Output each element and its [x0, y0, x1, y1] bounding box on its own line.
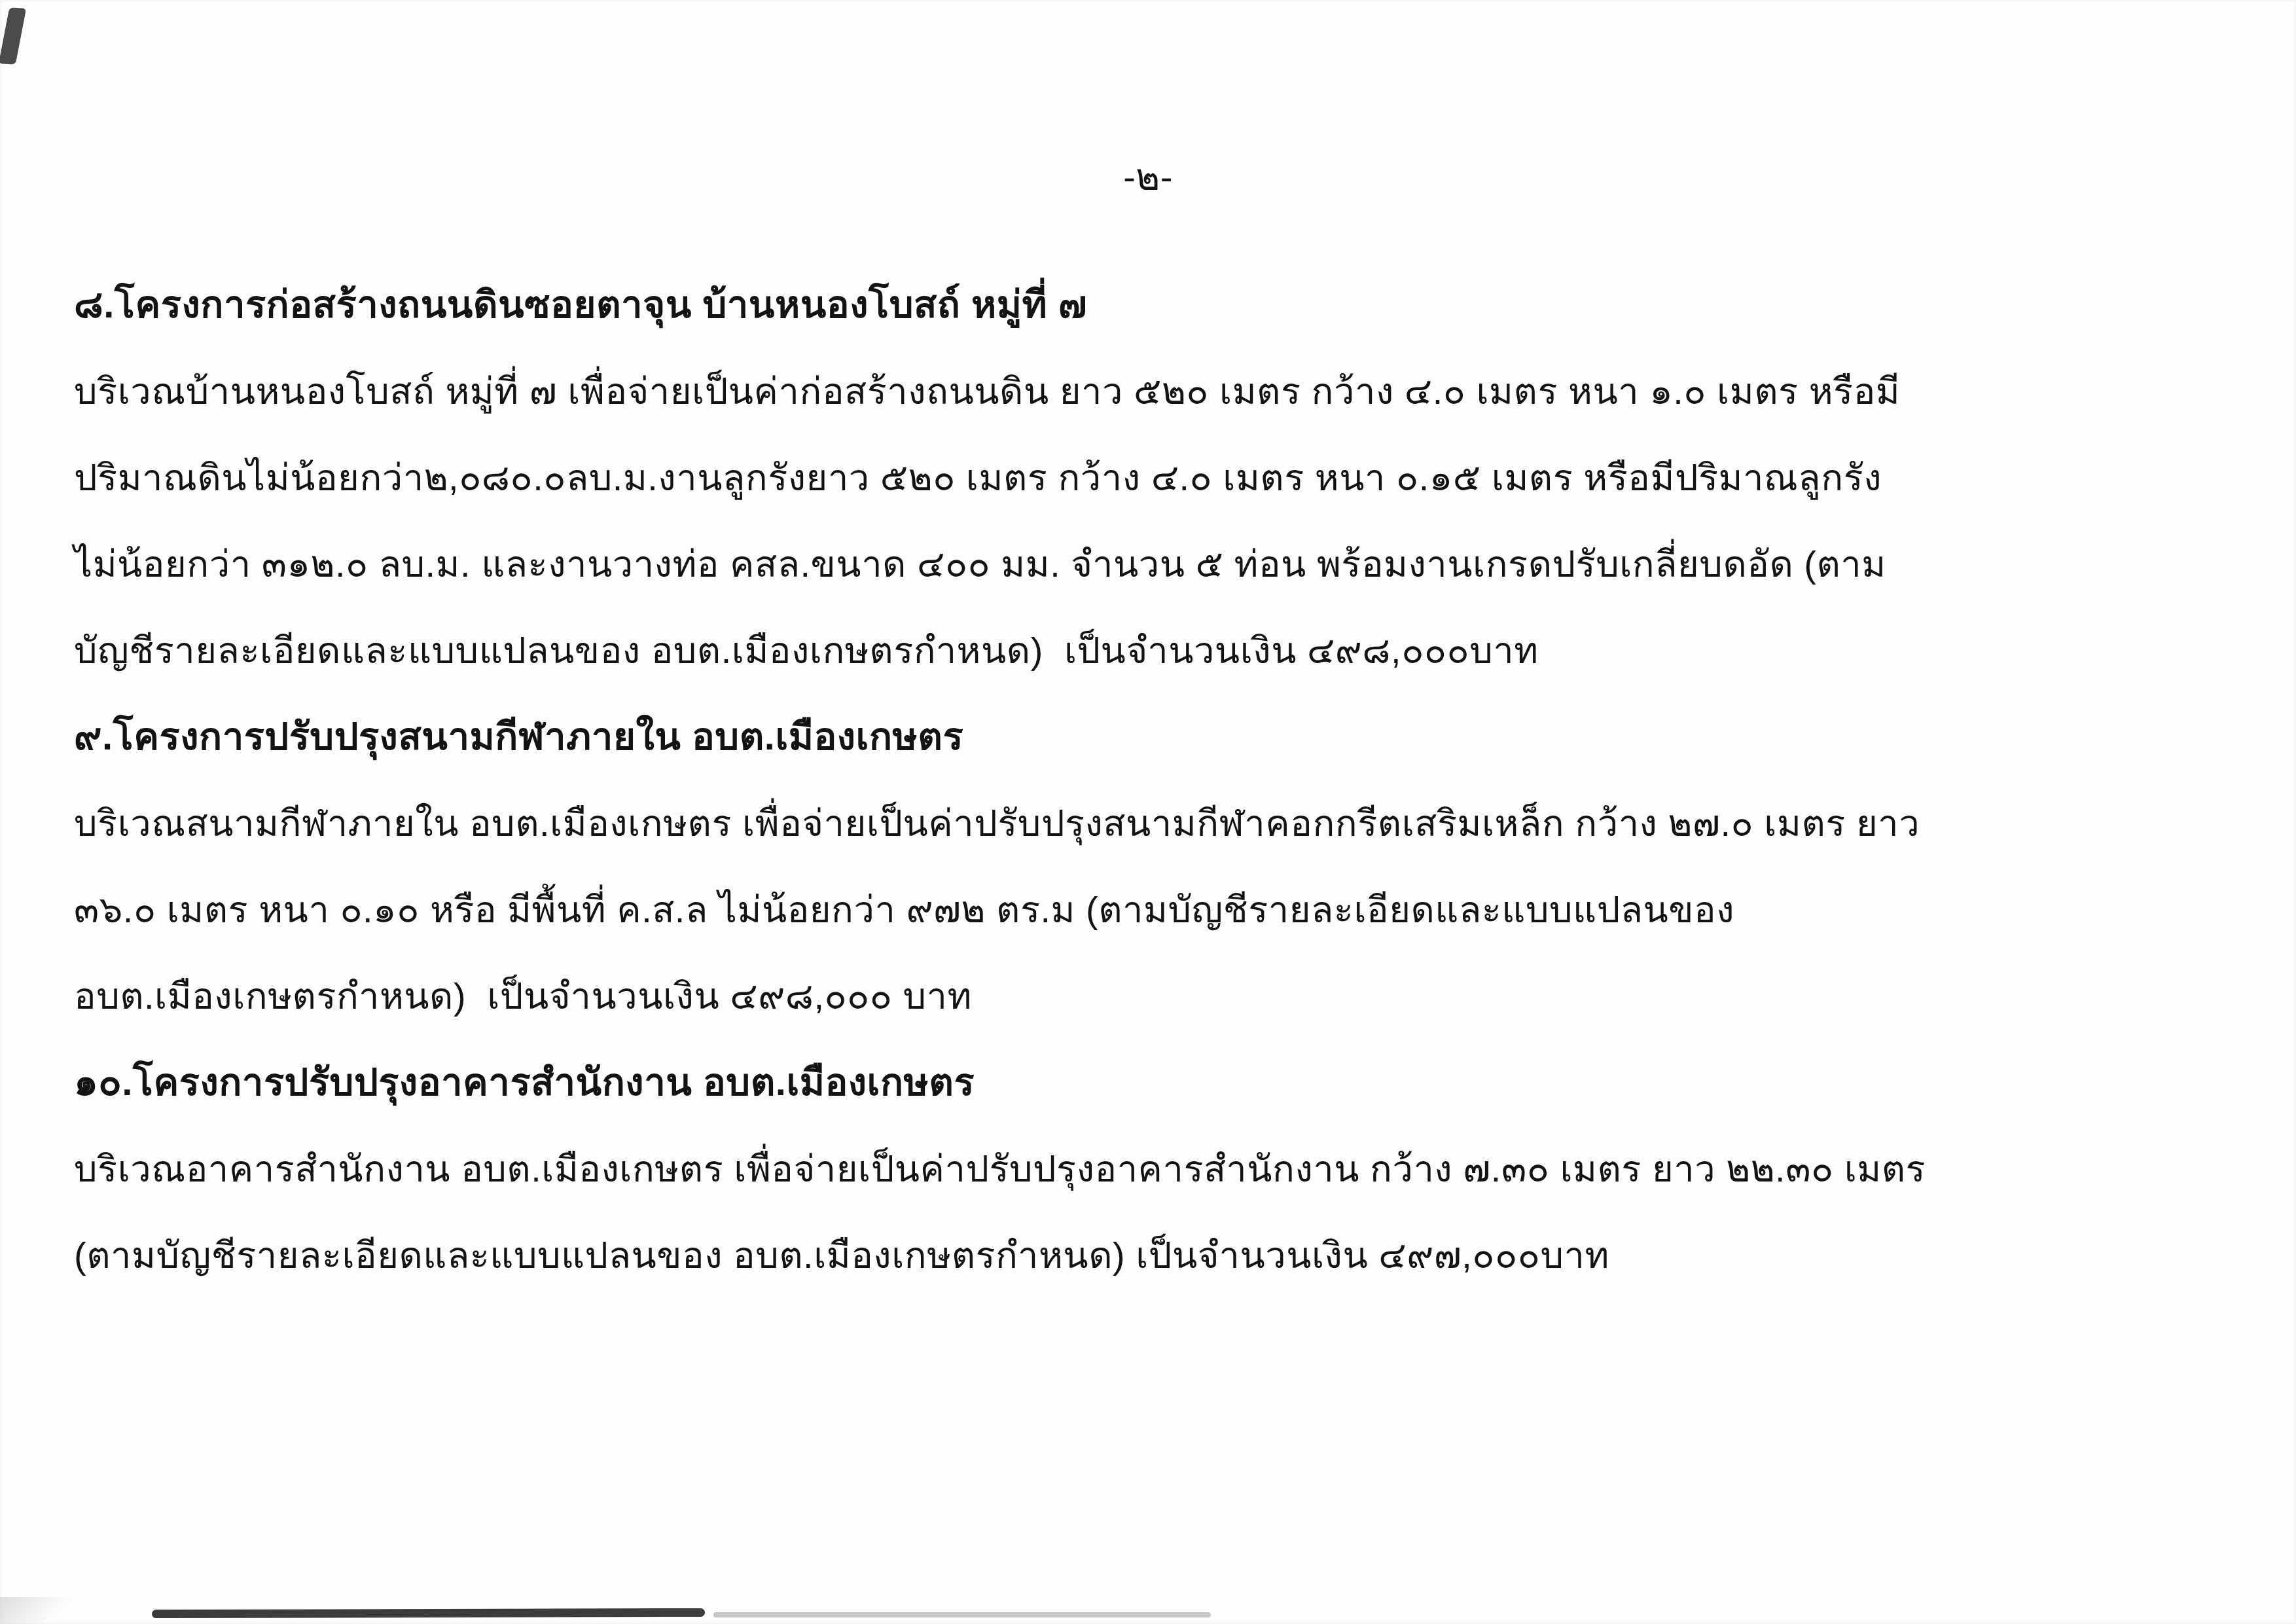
scan-artifact-bottom-faint-streak	[713, 1612, 1211, 1617]
section-8-line: ไม่น้อยกว่า ๓๑๒.๐ ลบ.ม. และงานวางท่อ คสล…	[74, 521, 2260, 607]
section-10-line: บริเวณอาคารสำนักงาน อบต.เมืองเกษตร เพื่อ…	[74, 1126, 2260, 1212]
section-8-line: ปริมาณดินไม่น้อยกว่า๒,๐๘๐.๐ลบ.ม.งานลูกรั…	[74, 435, 2260, 521]
scan-artifact-top-left	[0, 7, 26, 64]
section-10-line: (ตามบัญชีรายละเอียดและแบบแปลนของ อบต.เมื…	[74, 1212, 2260, 1299]
page-number: -๒-	[0, 134, 2296, 221]
scan-artifact-bottom-corner	[0, 1597, 79, 1624]
section-9-line: ๓๖.๐ เมตร หนา ๐.๑๐ หรือ มีพื้นที่ ค.ส.ล …	[74, 867, 2260, 953]
section-9-line: อบต.เมืองเกษตรกำหนด) เป็นจำนวนเงิน ๔๙๘,๐…	[74, 953, 2260, 1039]
section-8-line: บริเวณบ้านหนองโบสถ์ หมู่ที่ ๗ เพื่อจ่ายเ…	[74, 348, 2260, 435]
section-8-heading: ๘.โครงการก่อสร้างถนนดินซอยตาจุน บ้านหนอง…	[74, 262, 2260, 348]
scanned-document-page: -๒- ๘.โครงการก่อสร้างถนนดินซอยตาจุน บ้าน…	[0, 0, 2296, 1624]
document-body: ๘.โครงการก่อสร้างถนนดินซอยตาจุน บ้านหนอง…	[74, 262, 2260, 1299]
scan-artifact-bottom-streak	[152, 1608, 705, 1618]
section-9-line: บริเวณสนามกีฬาภายใน อบต.เมืองเกษตร เพื่อ…	[74, 780, 2260, 867]
section-8-line: บัญชีรายละเอียดและแบบแปลนของ อบต.เมืองเก…	[74, 607, 2260, 694]
section-9-heading: ๙.โครงการปรับปรุงสนามกีฬาภายใน อบต.เมือง…	[74, 694, 2260, 780]
section-10-heading: ๑๐.โครงการปรับปรุงอาคารสำนักงาน อบต.เมือ…	[74, 1039, 2260, 1126]
